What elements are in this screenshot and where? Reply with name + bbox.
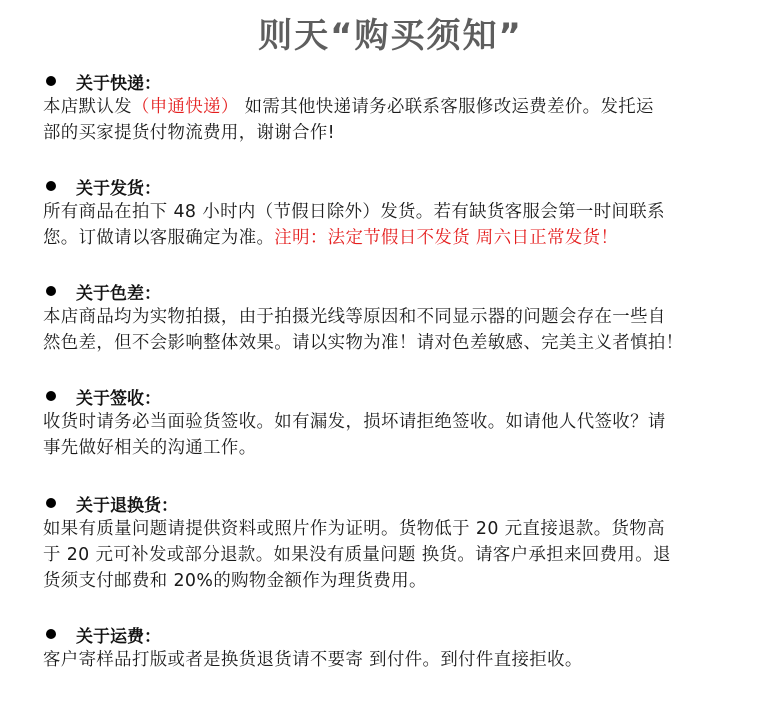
section-heading: 关于色差： (44, 278, 754, 304)
section-heading: 关于快递： (44, 68, 754, 94)
heading-label: 关于色差： (76, 279, 161, 304)
text-segment: 货须支付邮费和 20%的购物金额作为理货费用。 (43, 571, 427, 591)
bullet-icon (46, 391, 56, 401)
section-heading: 关于退换货： (44, 490, 754, 516)
section-body: 客户寄样品打版或者是换货退货请不要寄 到付件。到付件直接拒收。 (43, 647, 754, 673)
heading-label: 关于发货： (76, 174, 161, 199)
section-body: 本店默认发（申通快递） 如需其他快递请务必联系客服修改运费差价。发托运 部的买家… (43, 94, 754, 146)
text-line: 于 20 元可补发或部分退款。如果没有质量问题 换货。请客户承担来回费用。退 (43, 542, 754, 568)
section-dispatch: 关于发货： 所有商品在拍下 48 小时内（节假日除外）发货。若有缺货客服会第一时… (44, 173, 754, 251)
text-segment: 如果有质量问题请提供资料或照片作为证明。货物低于 20 元直接退款。货物高 (43, 519, 665, 539)
text-line: 然色差，但不会影响整体效果。请以实物为准！请对色差敏感、完美主义者慎拍！ (43, 330, 754, 356)
section-returns: 关于退换货： 如果有质量问题请提供资料或照片作为证明。货物低于 20 元直接退款… (44, 490, 754, 594)
section-body: 收货时请务必当面验货签收。如有漏发，损坏请拒绝签收。如请他人代签收？请 事先做好… (43, 409, 754, 461)
heading-label: 关于运费： (76, 622, 161, 647)
text-segment: 部的买家提货付物流费用，谢谢合作! (43, 123, 335, 143)
page-title: 则天“购买须知” (0, 14, 781, 58)
text-segment: 收货时请务必当面验货签收。如有漏发，损坏请拒绝签收。如请他人代签收？请 (43, 412, 666, 432)
text-line: 货须支付邮费和 20%的购物金额作为理货费用。 (43, 568, 754, 594)
text-line: 部的买家提货付物流费用，谢谢合作! (43, 120, 754, 146)
text-line: 客户寄样品打版或者是换货退货请不要寄 到付件。到付件直接拒收。 (43, 647, 754, 673)
section-color-difference: 关于色差： 本店商品均为实物拍摄，由于拍摄光线等原因和不同显示器的问题会存在一些… (44, 278, 754, 356)
text-line: 您。订做请以客服确定为准。注明：法定节假日不发货 周六日正常发货！ (43, 225, 754, 251)
text-segment: 所有商品在拍下 48 小时内（节假日除外）发货。若有缺货客服会第一时间联系 (43, 202, 665, 222)
heading-label: 关于快递： (76, 69, 161, 94)
text-line: 收货时请务必当面验货签收。如有漏发，损坏请拒绝签收。如请他人代签收？请 (43, 409, 754, 435)
section-body: 本店商品均为实物拍摄，由于拍摄光线等原因和不同显示器的问题会存在一些自 然色差，… (43, 304, 754, 356)
text-line: 如果有质量问题请提供资料或照片作为证明。货物低于 20 元直接退款。货物高 (43, 516, 754, 542)
text-segment: 于 20 元可补发或部分退款。如果没有质量问题 换货。请客户承担来回费用。退 (43, 545, 671, 565)
bullet-icon (46, 629, 56, 639)
text-segment: 如需其他快递请务必联系客服修改运费差价。发托运 (239, 97, 654, 117)
bullet-icon (46, 286, 56, 296)
text-line: 本店商品均为实物拍摄，由于拍摄光线等原因和不同显示器的问题会存在一些自 (43, 304, 754, 330)
text-segment: 然色差，但不会影响整体效果。请以实物为准！请对色差敏感、完美主义者慎拍！ (43, 333, 683, 353)
bullet-icon (46, 76, 56, 86)
text-line: 所有商品在拍下 48 小时内（节假日除外）发货。若有缺货客服会第一时间联系 (43, 199, 754, 225)
section-body: 所有商品在拍下 48 小时内（节假日除外）发货。若有缺货客服会第一时间联系 您。… (43, 199, 754, 251)
bullet-icon (46, 181, 56, 191)
heading-label: 关于签收： (76, 384, 161, 409)
text-line: 事先做好相关的沟通工作。 (43, 435, 754, 461)
text-segment: 本店默认发 (43, 97, 132, 117)
text-segment: 本店商品均为实物拍摄，由于拍摄光线等原因和不同显示器的问题会存在一些自 (43, 307, 666, 327)
heading-label: 关于退换货： (76, 491, 178, 516)
section-heading: 关于运费： (44, 621, 754, 647)
section-shipping-fee: 关于运费： 客户寄样品打版或者是换货退货请不要寄 到付件。到付件直接拒收。 (44, 621, 754, 673)
highlight-text: （申通快递） (132, 97, 239, 117)
text-line: 本店默认发（申通快递） 如需其他快递请务必联系客服修改运费差价。发托运 (43, 94, 754, 120)
section-body: 如果有质量问题请提供资料或照片作为证明。货物低于 20 元直接退款。货物高 于 … (43, 516, 754, 594)
text-segment: 事先做好相关的沟通工作。 (43, 438, 257, 458)
highlight-text: 注明：法定节假日不发货 周六日正常发货！ (274, 228, 618, 248)
section-heading: 关于发货： (44, 173, 754, 199)
bullet-icon (46, 498, 56, 508)
section-heading: 关于签收： (44, 383, 754, 409)
text-segment: 您。订做请以客服确定为准。 (43, 228, 274, 248)
text-segment: 客户寄样品打版或者是换货退货请不要寄 到付件。到付件直接拒收。 (43, 650, 583, 670)
section-receipt: 关于签收： 收货时请务必当面验货签收。如有漏发，损坏请拒绝签收。如请他人代签收？… (44, 383, 754, 461)
section-shipping-courier: 关于快递： 本店默认发（申通快递） 如需其他快递请务必联系客服修改运费差价。发托… (44, 68, 754, 146)
